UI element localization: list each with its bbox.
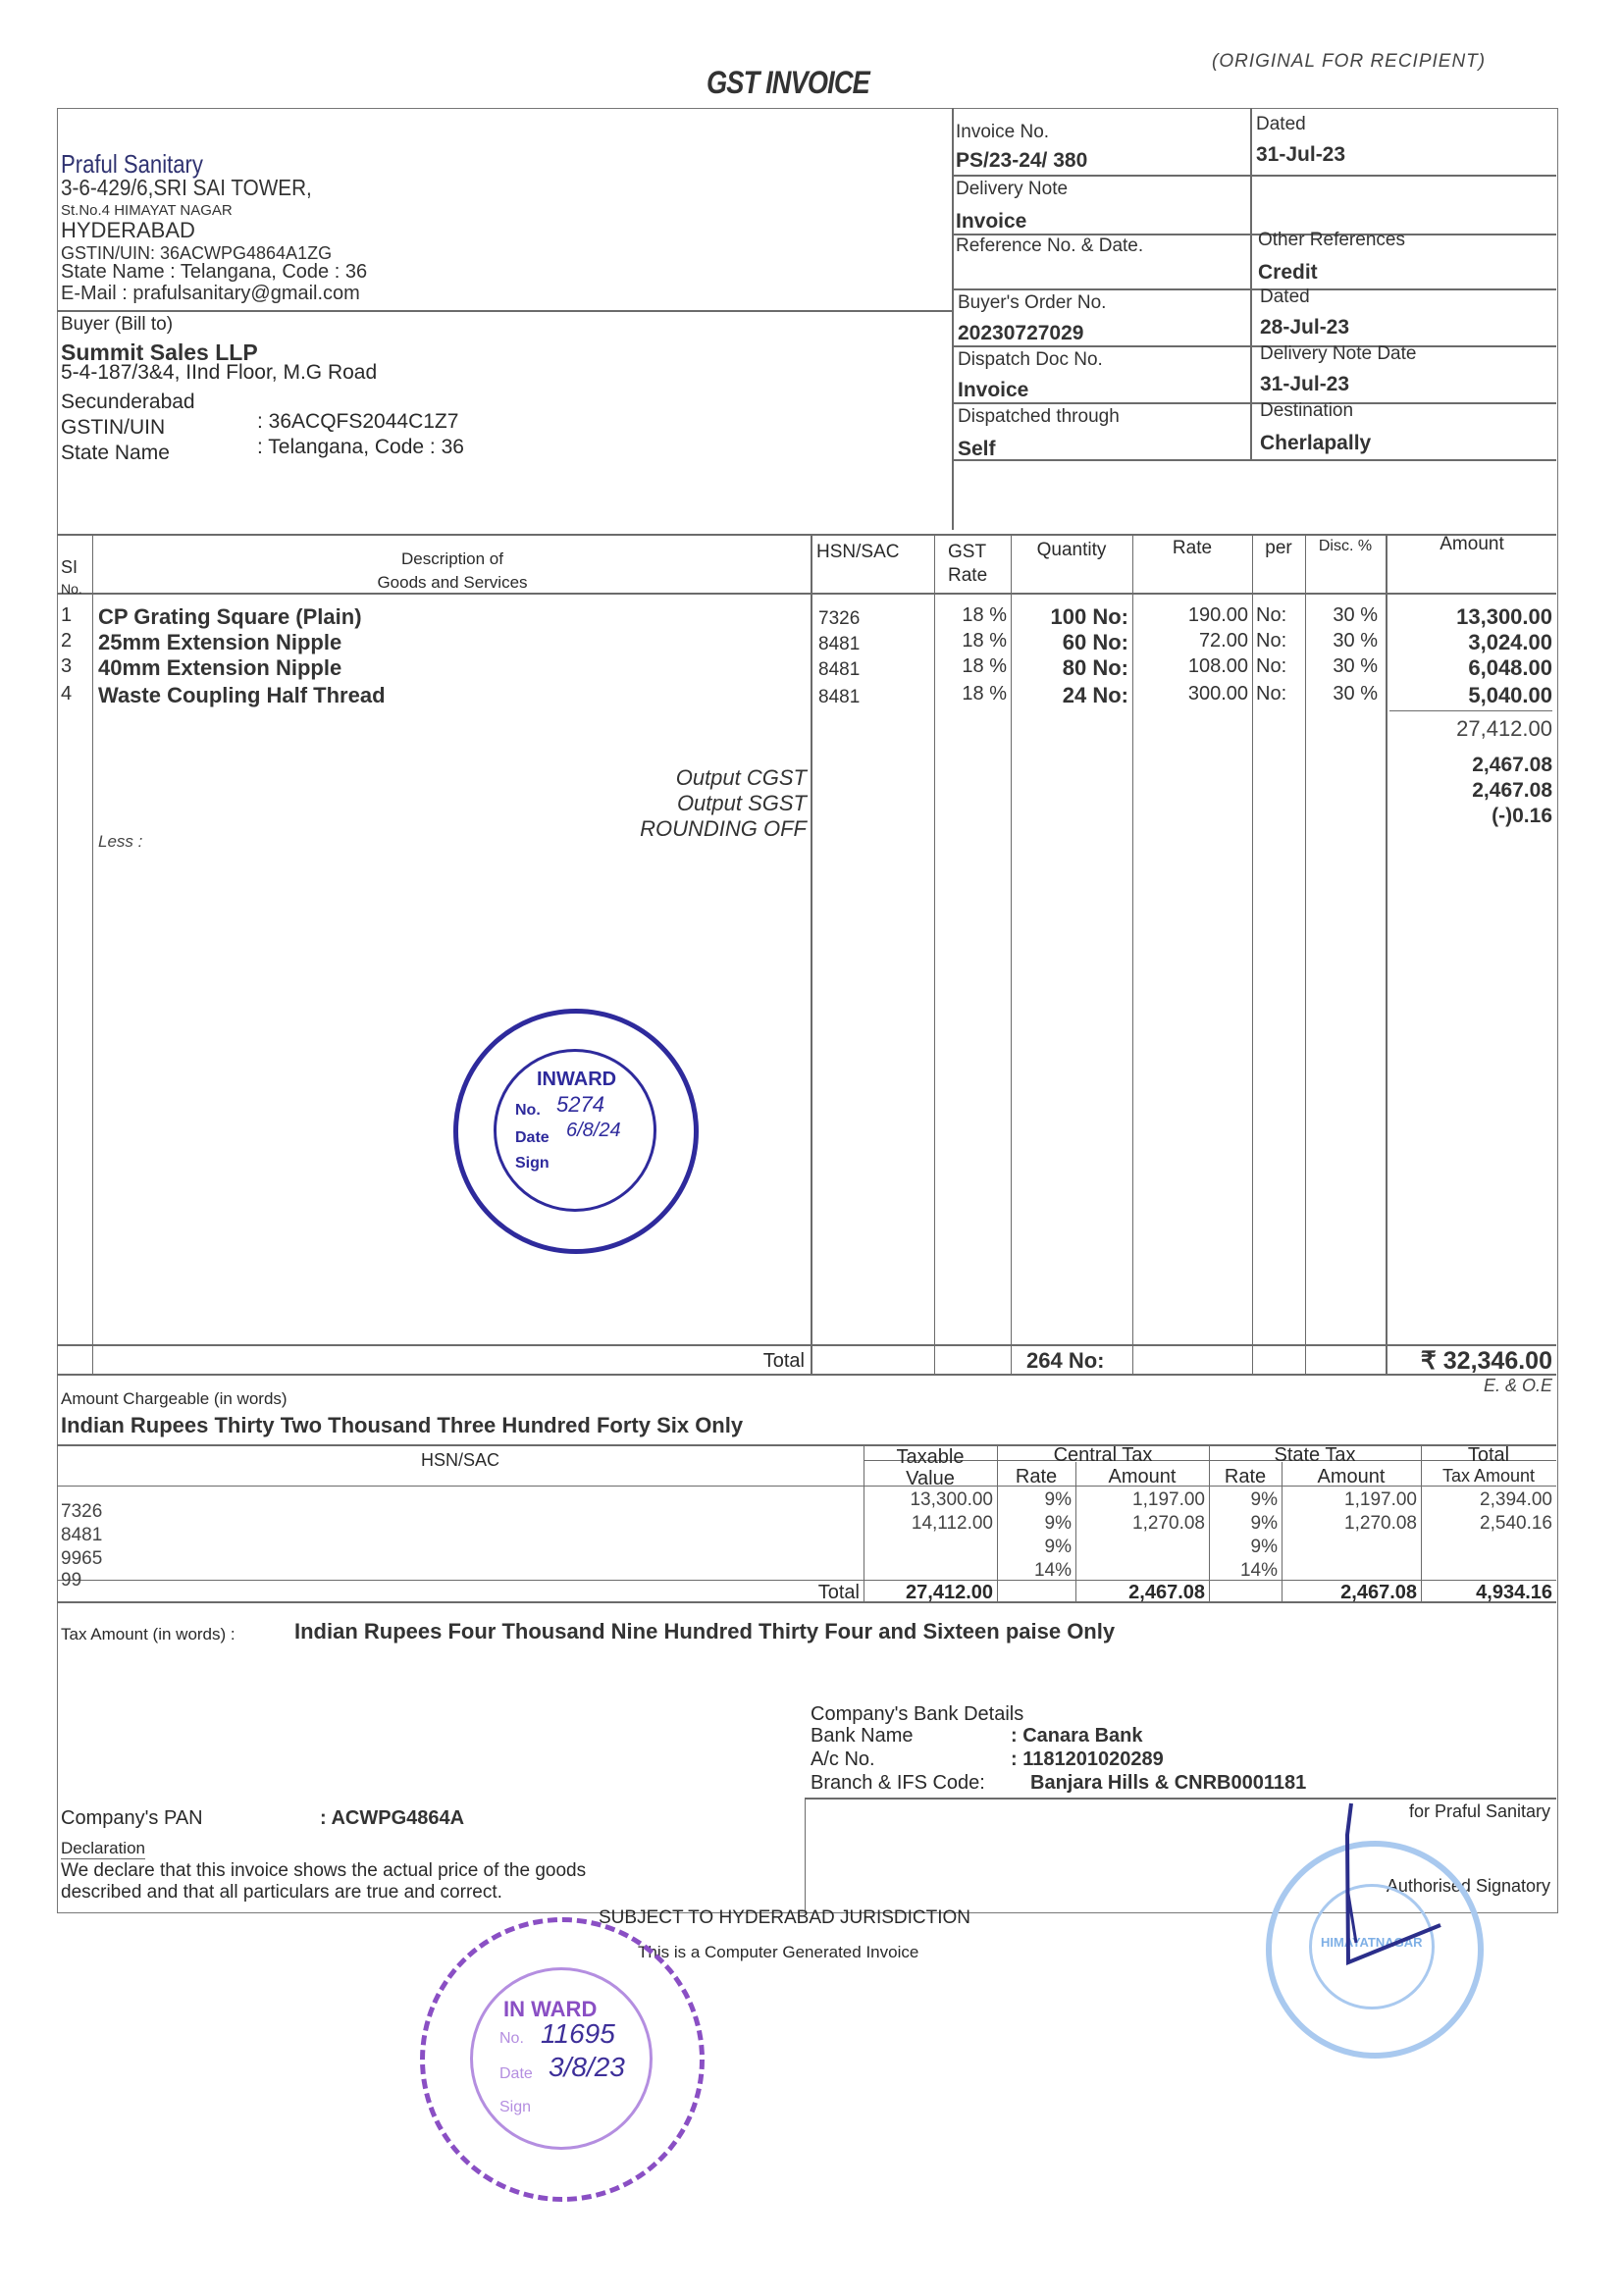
divider [57, 310, 952, 312]
tax-header-state: State Tax [1209, 1444, 1421, 1467]
divider [952, 175, 1556, 177]
item-disc: 30 % [1305, 683, 1378, 705]
item-amount: 3,024.00 [1387, 630, 1552, 655]
output-sgst: 2,467.08 [1387, 779, 1552, 803]
divider [805, 1798, 806, 1911]
delivery-note-label: Delivery Note [956, 179, 1068, 200]
order-dated-label: Dated [1260, 287, 1310, 308]
item-disc: 30 % [1305, 604, 1378, 627]
tax-state-rate: 9% [1209, 1513, 1278, 1535]
item-hsn: 8481 [818, 687, 916, 708]
item-hsn: 8481 [818, 659, 916, 681]
modi-stamp-date: 6/8/24 [566, 1120, 621, 1142]
seller-address-2: St.No.4 HIMAYAT NAGAR [61, 202, 233, 219]
divider [952, 108, 954, 530]
dispatch-doc-label: Dispatch Doc No. [958, 349, 1103, 371]
divider [952, 459, 1556, 461]
header-per: per [1252, 538, 1305, 559]
tax-central-rate: 9% [997, 1537, 1072, 1558]
tax-header-total: Total [1421, 1444, 1556, 1467]
branch-label: Branch & IFS Code: [811, 1772, 985, 1795]
tax-header-hsn: HSN/SAC [57, 1450, 864, 1471]
summit-stamp-date: 3/8/23 [549, 2052, 625, 2083]
less-label: Less : [98, 832, 142, 852]
jurisdiction: SUBJECT TO HYDERABAD JURISDICTION [599, 1907, 970, 1929]
total-label: Total [491, 1350, 805, 1373]
account-label: A/c No. [811, 1748, 875, 1771]
pan-value: : ACWPG4864A [320, 1807, 464, 1830]
tax-total-state: 2,467.08 [1282, 1582, 1417, 1604]
output-sgst-label: Output SGST [491, 791, 807, 816]
copy-label: (ORIGINAL FOR RECIPIENT) [1212, 51, 1486, 73]
item-hsn: 8481 [818, 634, 916, 655]
item-amount: 13,300.00 [1387, 604, 1552, 630]
tax-state-amount: 1,270.08 [1282, 1513, 1417, 1535]
delivery-note-date: 31-Jul-23 [1260, 373, 1349, 396]
summit-stamp-icon: IN WARD No. 11695 Date 3/8/23 Sign [420, 1917, 705, 2202]
item-amount: 6,048.00 [1387, 655, 1552, 681]
declaration-text-1: We declare that this invoice shows the a… [61, 1860, 586, 1882]
header-gst: GST [948, 542, 986, 563]
declaration-label: Declaration [61, 1839, 145, 1859]
buyer-state-value: : Telangana, Code : 36 [257, 436, 464, 459]
item-per: No: [1256, 655, 1301, 678]
seller-state: State Name : Telangana, Code : 36 [61, 261, 367, 284]
branch: Banjara Hills & CNRB0001181 [1030, 1772, 1306, 1795]
tax-words: Indian Rupees Four Thousand Nine Hundred… [294, 1619, 1115, 1644]
header-amount: Amount [1387, 534, 1556, 555]
tax-total-amount: 4,934.16 [1421, 1582, 1552, 1604]
divider [92, 534, 93, 1374]
tax-total-taxable: 27,412.00 [864, 1582, 993, 1604]
item-rate: 72.00 [1132, 630, 1248, 652]
header-gst-rate: Rate [948, 565, 987, 587]
item-description: Waste Coupling Half Thread [98, 683, 785, 708]
tax-header-central: Central Tax [997, 1444, 1209, 1467]
dispatched-through: Self [958, 438, 996, 461]
pan-label: Company's PAN [61, 1807, 203, 1830]
computer-generated: This is a Computer Generated Invoice [638, 1943, 918, 1962]
item-gst-rate: 18 % [934, 655, 1007, 678]
other-references-label: Other References [1258, 230, 1405, 251]
header-disc: Disc. % [1305, 538, 1386, 555]
buyer-gstin-label: GSTIN/UIN [61, 416, 165, 440]
tax-hsn: 9965 [61, 1548, 257, 1570]
tax-header-value: Value [864, 1468, 997, 1490]
account-no: : 1181201020289 [1011, 1748, 1164, 1771]
tax-state-rate: 9% [1209, 1537, 1278, 1558]
summit-stamp-no-label: No. [499, 2030, 524, 2048]
tax-central-rate: 14% [997, 1560, 1072, 1582]
item-description: 40mm Extension Nipple [98, 655, 785, 681]
item-rate: 108.00 [1132, 655, 1248, 678]
tax-total: 2,394.00 [1421, 1489, 1552, 1511]
item-sl: 4 [61, 683, 80, 705]
amount-words-label: Amount Chargeable (in words) [61, 1389, 288, 1409]
buyers-order: 20230727029 [958, 322, 1083, 345]
item-quantity: 60 No: [1013, 630, 1128, 655]
divider [57, 534, 1556, 536]
tax-central-amount: 1,270.08 [1075, 1513, 1205, 1535]
item-sl: 3 [61, 655, 80, 678]
subtotal: 27,412.00 [1387, 716, 1552, 742]
tax-hsn: 7326 [61, 1501, 257, 1523]
modi-stamp-icon: INWARD No. 5274 Date 6/8/24 Sign [453, 1009, 699, 1254]
header-hsn: HSN/SAC [816, 542, 899, 563]
summit-stamp-sign-label: Sign [499, 2099, 531, 2116]
buyer-address: 5-4-187/3&4, IInd Floor, M.G Road [61, 361, 377, 385]
order-dated: 28-Jul-23 [1260, 316, 1349, 339]
divider [1252, 534, 1253, 1374]
tax-taxable: 14,112.00 [864, 1513, 993, 1535]
bank-heading: Company's Bank Details [811, 1703, 1023, 1726]
header-sl: SI [61, 557, 78, 578]
output-cgst-label: Output CGST [491, 765, 807, 791]
bank-name-label: Bank Name [811, 1725, 914, 1748]
item-description: 25mm Extension Nipple [98, 630, 785, 655]
tax-central-rate: 9% [997, 1513, 1072, 1535]
seller-email: E-Mail : prafulsanitary@gmail.com [61, 283, 360, 305]
other-references: Credit [1258, 261, 1318, 285]
header-desc-2: Goods and Services [94, 573, 811, 593]
divider [952, 345, 1556, 347]
delivery-note: Invoice [956, 210, 1026, 234]
tax-total-label: Total [687, 1582, 860, 1604]
tax-words-label: Tax Amount (in words) : [61, 1625, 236, 1644]
bank-name: : Canara Bank [1011, 1725, 1143, 1748]
modi-stamp-no-label: No. [515, 1102, 541, 1120]
tax-header-central-amount: Amount [1075, 1466, 1209, 1488]
modi-stamp-inner: INWARD [537, 1069, 616, 1091]
header-desc-1: Description of [94, 549, 811, 569]
delivery-note-date-label: Delivery Note Date [1260, 343, 1416, 365]
tax-state-rate: 14% [1209, 1560, 1278, 1582]
summit-stamp-date-label: Date [499, 2065, 533, 2083]
header-sl-no: No. [61, 581, 82, 597]
item-quantity: 80 No: [1013, 655, 1128, 681]
tax-central-amount: 1,197.00 [1075, 1489, 1205, 1511]
buyers-order-label: Buyer's Order No. [958, 292, 1106, 314]
divider [57, 1374, 1556, 1376]
seller-city: HYDERABAD [61, 218, 195, 243]
total-amount: ₹ 32,346.00 [1387, 1346, 1552, 1376]
eoe-label: E. & O.E [1387, 1376, 1552, 1396]
item-per: No: [1256, 604, 1301, 627]
tax-total-central: 2,467.08 [1075, 1582, 1205, 1604]
divider [952, 288, 1556, 290]
tax-header-taxable: Taxable [864, 1446, 997, 1469]
destination-label: Destination [1260, 400, 1353, 422]
modi-stamp-date-label: Date [515, 1129, 550, 1147]
divider [1011, 534, 1012, 1374]
destination: Cherlapally [1260, 432, 1371, 455]
item-gst-rate: 18 % [934, 683, 1007, 705]
item-per: No: [1256, 630, 1301, 652]
tax-header-state-rate: Rate [1209, 1466, 1282, 1488]
signature-icon [1335, 1796, 1492, 1992]
divider [57, 593, 1556, 595]
header-quantity: Quantity [1011, 540, 1132, 561]
divider [57, 1344, 1556, 1346]
dispatched-through-label: Dispatched through [958, 406, 1120, 428]
tax-taxable: 13,300.00 [864, 1489, 993, 1511]
divider [811, 534, 812, 1374]
item-disc: 30 % [1305, 655, 1378, 678]
header-rate: Rate [1132, 538, 1252, 559]
tax-hsn: 8481 [61, 1525, 257, 1546]
total-quantity: 264 No: [1026, 1348, 1104, 1374]
dated-label: Dated [1256, 114, 1306, 135]
item-quantity: 100 No: [1013, 604, 1128, 630]
tax-header-total-amount: Tax Amount [1421, 1466, 1556, 1487]
reference-label: Reference No. & Date. [956, 235, 1143, 257]
buyer-gstin-value: : 36ACQFS2044C1Z7 [257, 410, 458, 434]
item-rate: 300.00 [1132, 683, 1248, 705]
seller-address-1: 3-6-429/6,SRI SAI TOWER, [61, 175, 312, 201]
divider [1250, 108, 1252, 461]
divider [952, 402, 1556, 404]
divider [1389, 710, 1552, 711]
tax-header-central-rate: Rate [997, 1466, 1075, 1488]
item-quantity: 24 No: [1013, 683, 1128, 708]
item-description: CP Grating Square (Plain) [98, 604, 785, 630]
item-gst-rate: 18 % [934, 604, 1007, 627]
invoice-no-label: Invoice No. [956, 122, 1049, 143]
amount-words: Indian Rupees Thirty Two Thousand Three … [61, 1413, 743, 1438]
item-per: No: [1256, 683, 1301, 705]
declaration-text-2: described and that all particulars are t… [61, 1882, 502, 1904]
item-disc: 30 % [1305, 630, 1378, 652]
tax-central-rate: 9% [997, 1489, 1072, 1511]
tax-hsn: 99 [61, 1570, 257, 1592]
modi-stamp-sign-label: Sign [515, 1155, 550, 1173]
dated: 31-Jul-23 [1256, 143, 1345, 167]
dispatch-doc: Invoice [958, 379, 1028, 402]
buyer-label: Buyer (Bill to) [61, 314, 173, 336]
tax-header-state-amount: Amount [1282, 1466, 1421, 1488]
item-gst-rate: 18 % [934, 630, 1007, 652]
summit-stamp-no: 11695 [541, 2018, 615, 2050]
item-hsn: 7326 [818, 608, 916, 630]
item-amount: 5,040.00 [1387, 683, 1552, 708]
rounding: (-)0.16 [1387, 805, 1552, 828]
modi-stamp-no: 5274 [556, 1092, 604, 1118]
document-title: GST INVOICE [707, 65, 869, 101]
buyer-state-label: State Name [61, 442, 170, 465]
divider [57, 1580, 1556, 1581]
tax-state-amount: 1,197.00 [1282, 1489, 1417, 1511]
tax-state-rate: 9% [1209, 1489, 1278, 1511]
buyer-city: Secunderabad [61, 391, 195, 414]
output-cgst: 2,467.08 [1387, 754, 1552, 777]
rounding-label: ROUNDING OFF [491, 816, 807, 842]
invoice-no: PS/23-24/ 380 [956, 149, 1087, 173]
item-rate: 190.00 [1132, 604, 1248, 627]
tax-total: 2,540.16 [1421, 1513, 1552, 1535]
item-sl: 2 [61, 630, 80, 652]
item-sl: 1 [61, 604, 80, 627]
